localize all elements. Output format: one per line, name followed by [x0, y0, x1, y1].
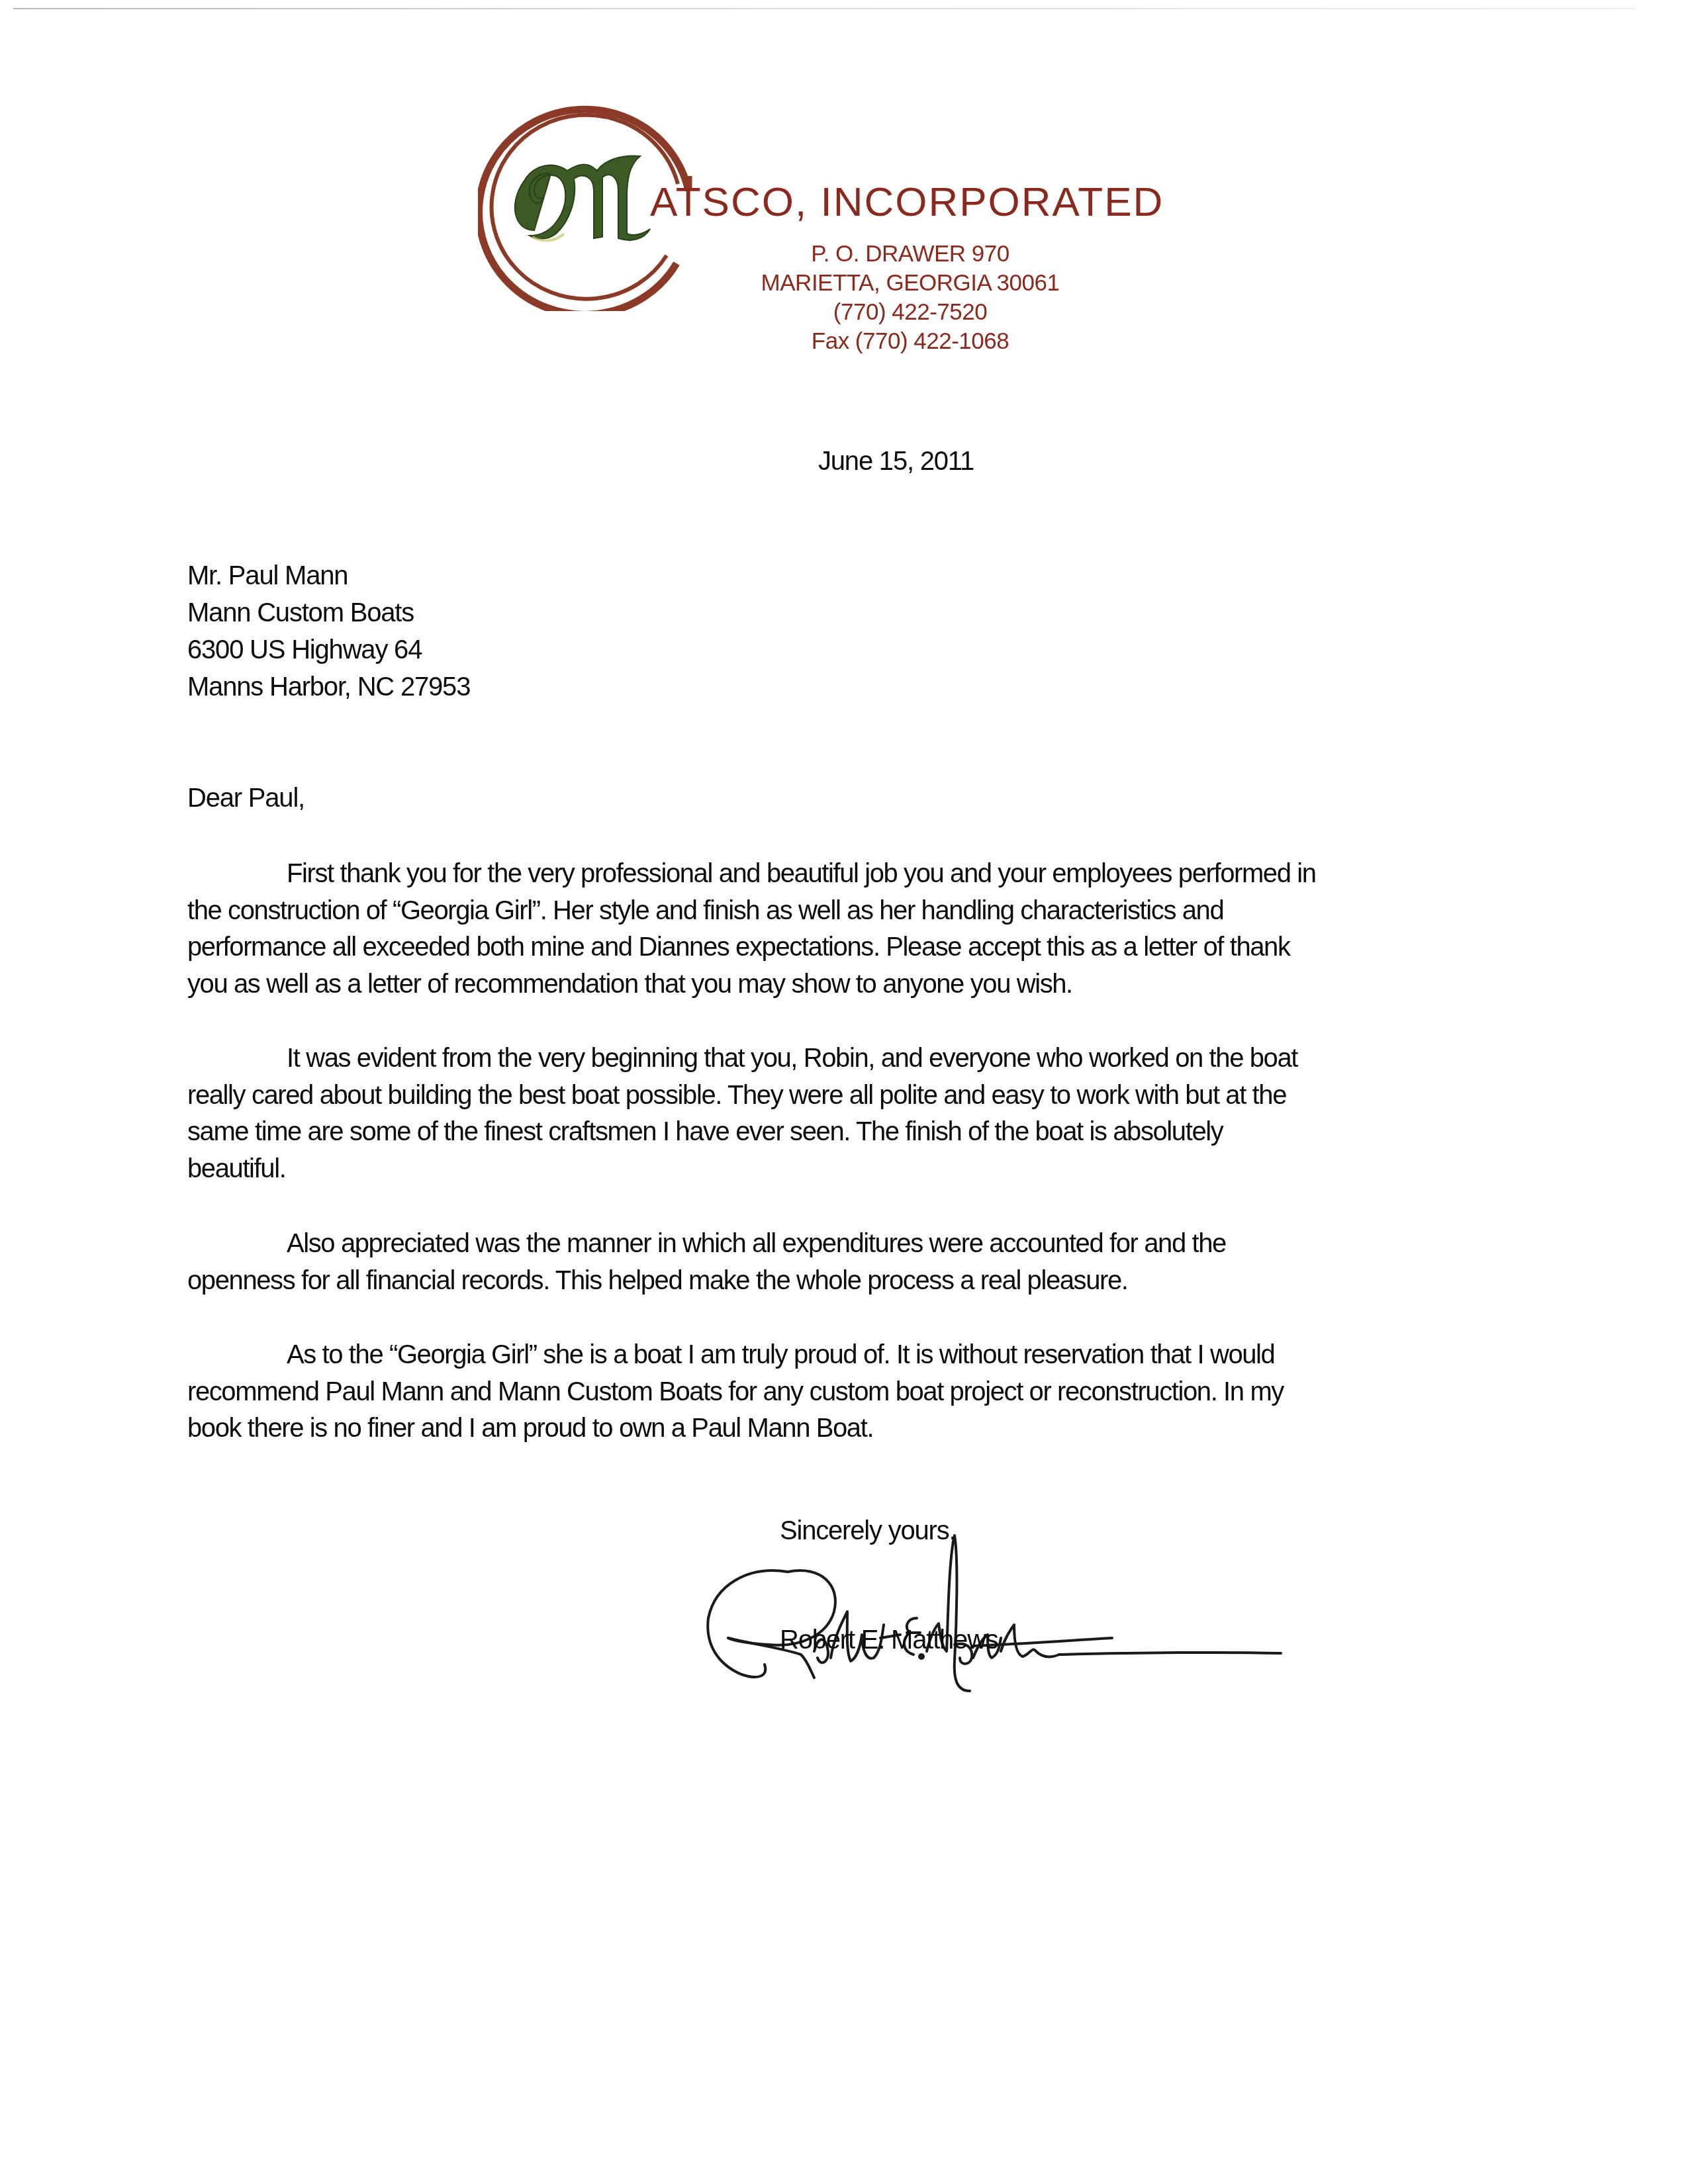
signature-icon — [688, 1492, 1324, 1711]
paragraph-line: same time are some of the finest craftsm… — [187, 1114, 1297, 1151]
paragraph-line: beautiful. — [187, 1151, 1297, 1188]
paragraph-line: you as well as a letter of recommendatio… — [187, 966, 1316, 1003]
paragraph-line: As to the “Georgia Girl” she is a boat I… — [187, 1337, 1284, 1374]
address-line-phone: (770) 422-7520 — [682, 298, 1139, 327]
paragraph-line: It was evident from the very beginning t… — [187, 1040, 1297, 1077]
body-paragraph-3: Also appreciated was the manner in which… — [187, 1226, 1226, 1299]
paragraph-line: Also appreciated was the manner in which… — [187, 1226, 1226, 1263]
paragraph-line: openness for all financial records. This… — [187, 1263, 1226, 1300]
address-line-fax: Fax (770) 422-1068 — [682, 327, 1139, 356]
paragraph-line: recommend Paul Mann and Mann Custom Boat… — [187, 1374, 1284, 1411]
body-paragraph-4: As to the “Georgia Girl” she is a boat I… — [187, 1337, 1284, 1447]
recipient-company: Mann Custom Boats — [187, 594, 470, 631]
paragraph-line: performance all exceeded both mine and D… — [187, 929, 1316, 966]
recipient-street: 6300 US Highway 64 — [187, 631, 470, 668]
company-name: ATSCO, INCORPORATED — [650, 179, 1164, 226]
letter-date: June 15, 2011 — [818, 447, 974, 477]
recipient-address: Mr. Paul Mann Mann Custom Boats 6300 US … — [187, 557, 470, 705]
body-paragraph-1: First thank you for the very professiona… — [187, 856, 1316, 1003]
address-line-city: MARIETTA, GEORGIA 30061 — [682, 269, 1139, 298]
signer-name: Robert E. Matthews — [780, 1625, 998, 1655]
paragraph-line: the construction of “Georgia Girl”. Her … — [187, 893, 1316, 930]
recipient-city: Manns Harbor, NC 27953 — [187, 668, 470, 705]
paragraph-line: book there is no finer and I am proud to… — [187, 1410, 1284, 1447]
salutation: Dear Paul, — [187, 784, 305, 813]
address-line-po: P. O. DRAWER 970 — [682, 240, 1139, 269]
body-paragraph-2: It was evident from the very beginning t… — [187, 1040, 1297, 1187]
scan-edge-line — [13, 8, 1635, 9]
recipient-name: Mr. Paul Mann — [187, 557, 470, 594]
company-address: P. O. DRAWER 970 MARIETTA, GEORGIA 30061… — [682, 240, 1139, 356]
paragraph-line: First thank you for the very professiona… — [187, 856, 1316, 893]
paragraph-line: really cared about building the best boa… — [187, 1077, 1297, 1115]
